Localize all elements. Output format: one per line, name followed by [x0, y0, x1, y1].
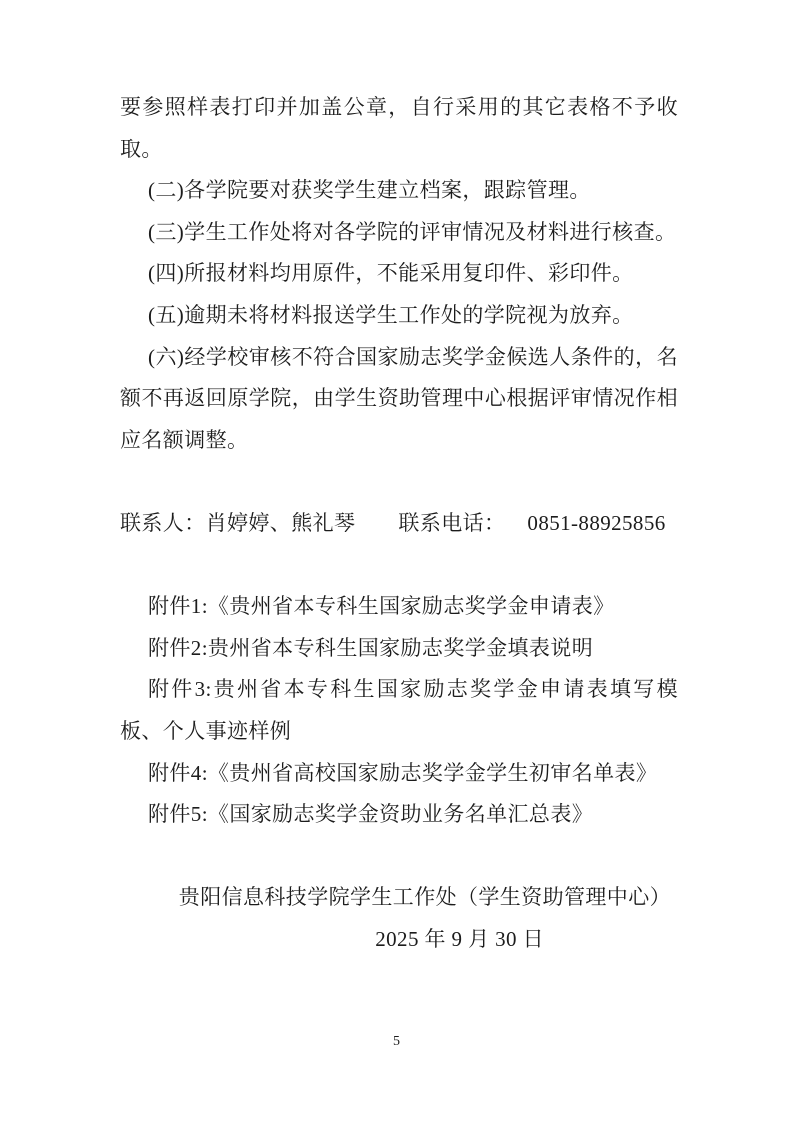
contact-line: 联系人：肖婷婷、熊礼琴联系电话：0851-88925856 — [120, 503, 678, 545]
paragraph-item-6: (六)经学校审核不符合国家励志奖学金候选人条件的，名额不再返回原学院，由学生资助… — [120, 337, 678, 462]
signature-date: 2025 年 9 月 30 日 — [120, 919, 678, 961]
paragraph-item-2: (二)各学院要对获奖学生建立档案，跟踪管理。 — [120, 170, 678, 212]
page-number: 5 — [0, 1032, 793, 1052]
paragraph-item-5: (五)逾期未将材料报送学生工作处的学院视为放弃。 — [120, 295, 678, 337]
contact-person-label: 联系人： — [120, 511, 206, 535]
paragraph-continuation: 要参照样表打印并加盖公章，自行采用的其它表格不予收取。 — [120, 87, 678, 170]
contact-phone-label: 联系电话： — [398, 511, 505, 535]
blank-line — [120, 836, 678, 878]
attachment-item-4: 附件4:《贵州省高校国家励志奖学金学生初审名单表》 — [120, 753, 678, 795]
paragraph-item-3: (三)学生工作处将对各学院的评审情况及材料进行核查。 — [120, 212, 678, 254]
document-page: 要参照样表打印并加盖公章，自行采用的其它表格不予收取。 (二)各学院要对获奖学生… — [0, 0, 793, 1122]
contact-phone-number: 0851-88925856 — [527, 511, 665, 535]
contact-person-names: 肖婷婷、熊礼琴 — [206, 511, 356, 535]
document-body: 要参照样表打印并加盖公章，自行采用的其它表格不予收取。 (二)各学院要对获奖学生… — [120, 87, 678, 960]
paragraph-item-4: (四)所报材料均用原件，不能采用复印件、彩印件。 — [120, 253, 678, 295]
blank-line — [120, 545, 678, 587]
signature-organization: 贵阳信息科技学院学生工作处（学生资助管理中心） — [120, 877, 678, 919]
blank-line — [120, 461, 678, 503]
attachment-item-5: 附件5:《国家励志奖学金资助业务名单汇总表》 — [120, 794, 678, 836]
attachment-item-3: 附件3:贵州省本专科生国家励志奖学金申请表填写模板、个人事迹样例 — [120, 669, 678, 752]
attachment-item-2: 附件2:贵州省本专科生国家励志奖学金填表说明 — [120, 628, 678, 670]
attachment-item-1: 附件1:《贵州省本专科生国家励志奖学金申请表》 — [120, 586, 678, 628]
